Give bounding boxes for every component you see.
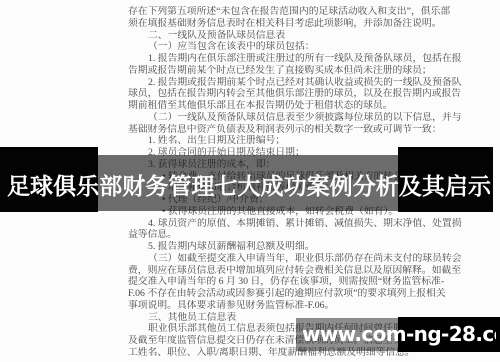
headline-char: 乐 [76,171,99,198]
headline-char: 分 [353,171,376,198]
document-line: 事项说明。具体要求请参见财务监管标准-F.06。 [128,300,466,311]
headline-char: 俱 [53,171,76,198]
headline-char: 理 [191,171,214,198]
document-line: 益等信息。 [128,229,466,240]
document-line: 告期或报告期前某个时点已经发生了直接购买成本但尚未注册的球员； [128,65,466,76]
headline-char: 七 [214,171,237,198]
headline-char: 财 [122,171,145,198]
document-line: 须在填报基础财务信息表时在相关科目考虑此项影响，并添加备注说明。 [128,18,466,29]
document-line: F.06 不存在由转会活动或因参赛引起的逾期应付款项”的要求填列上报相关 [128,288,466,299]
headline-char: 足 [7,171,30,198]
headline-char: 务 [145,171,168,198]
headline-char: 管 [168,171,191,198]
headline-char: 及 [399,171,422,198]
document-line: 存在下列第五项所述“未包含在报告范围内的足球活动收入和支出”，俱乐部 [128,6,466,17]
headline-char: 成 [261,171,284,198]
document-line: 基础财务信息中资产负债表及利润表列示的相关数字一致或可调节一致： [128,124,466,135]
document-line: （一）应当包含在该表中的球员包括： [148,41,466,52]
headline-char: 例 [330,171,353,198]
document-line: 1. 报告期内在俱乐部注册或注册过的所有一线队及预备队球员，包括在报 [148,53,466,64]
document-line: 5. 报告期内球员薪酬福利总额及明细。 [148,241,466,252]
document-line: （三）如截至提交准入申请当年，职业俱乐部仍存在尚未支付的球员转会 [148,253,466,264]
headline-char: 示 [468,171,491,198]
document-line: 费，则应在球员信息表中增加填列应付转会费相关信息以及原因解释。如截至 [128,265,466,276]
headline-char: 启 [445,171,468,198]
headline-char: 球 [30,171,53,198]
headline-char: 案 [307,171,330,198]
document-line: 提交准入申请当年的 6 月 30 日，仍存在该事项，则需按照“财务监管标准- [128,276,466,287]
headline-char: 部 [99,171,122,198]
headline-char: 大 [237,171,260,198]
headline-char: 其 [422,171,445,198]
document-line: 2. 报告期或报告期前某个时点已经对其确认收益或损失的一线队及预备队 [148,77,466,88]
document-line: 4. 球员资产的原值、本期摊销、累计摊销、减值损失、期末净值、处置损 [148,218,466,229]
headline-char: 析 [376,171,399,198]
document-line: （二）一线队及预备队球员信息表至少须披露每位球员的以下信息，并与 [148,112,466,123]
document-line: 期前租借至其他俱乐部且在本报告期仍处于租借状态的球员。 [128,100,466,111]
headline-char: 功 [284,171,307,198]
headline-title: 足球俱乐部财务管理七大成功案例分析及其启示 [7,171,491,198]
scanned-document-page: 存在下列第五项所述“未包含在报告范围内的足球活动收入和支出”，俱乐部须在填报基础… [0,0,500,362]
document-line: 1. 姓名、出生日期及注册编号； [148,135,466,146]
watermark-url: www.com-ng-28.com [302,322,496,348]
document-line: 球员，包括在报告期内转会至其他俱乐部注册的球员，以及在报告期内或报告 [128,88,466,99]
document-line: 二、一线队及预备队球员信息表 [148,30,466,41]
